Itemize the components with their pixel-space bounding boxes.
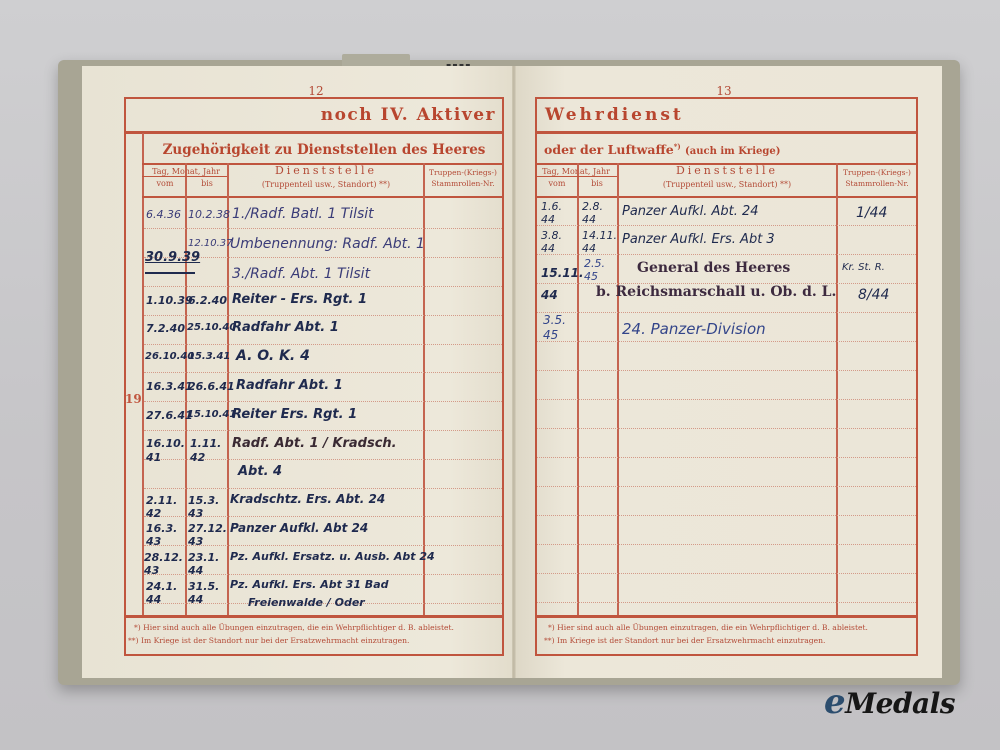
entry-unit: Radfahr Abt. 1 [236, 378, 343, 393]
row-line [537, 515, 916, 516]
entry-to: 27.12. 43 [188, 522, 220, 548]
left-margin-line [142, 133, 144, 615]
footnote-1: *) Hier sind auch alle Übungen einzutrag… [548, 622, 868, 634]
entry-unit: Panzer Aufkl. Ers. Abt 3 [622, 232, 775, 247]
entry-from: 30.9.39 [145, 250, 200, 265]
date-sub-line [142, 176, 227, 177]
from-header: vom [537, 178, 577, 189]
row-line [144, 401, 502, 402]
emedals-watermark: eMedals [824, 682, 955, 722]
entry-to: 15.3.41 [188, 351, 230, 362]
right-page-title: Wehrdienst [545, 105, 684, 125]
entry-from: 16.3. 43 [146, 522, 176, 548]
margin-number: 19 [125, 392, 142, 406]
subtitle-extra: (auch im Kriege) [685, 146, 780, 157]
entry-unit: Radfahr Abt. 1 [232, 320, 339, 335]
entry-unit: Kradschtz. Ers. Abt. 24 [230, 492, 385, 506]
entry-roll: Kr. St. R. [842, 262, 885, 273]
book-gutter [512, 66, 516, 678]
entry-from: 6.4.36 [146, 208, 181, 221]
from-header: vom [144, 178, 186, 189]
entry-unit: 3./Radf. Abt. 1 Tilsit [232, 266, 370, 282]
page-number-left: 12 [296, 84, 336, 98]
entry-to: 25.10.40 [187, 322, 236, 333]
col-line [577, 163, 579, 615]
entry-unit: Pz. Aufkl. Ersatz. u. Ausb. Abt 24 [230, 550, 435, 563]
unit-header: Dienststelle [228, 165, 424, 176]
stamp-line-2: b. Reichsmarschall u. Ob. d. L. [596, 284, 836, 300]
row-line [537, 544, 916, 545]
entry-to: 15.3. 43 [188, 494, 218, 520]
right-section-subtitle: oder der Luftwaffe*) (auch im Kriege) [544, 142, 780, 157]
left-section-subtitle: Zugehörigkeit zu Dienststellen des Heere… [144, 142, 504, 158]
entry-unit: Panzer Aufkl. Abt. 24 [622, 204, 759, 219]
row-line [537, 428, 916, 429]
entry-unit: Umbenennung: Radf. Abt. 1 [230, 236, 425, 252]
header-bottom-line [142, 196, 504, 198]
entry-from: 16.3.41 [146, 380, 193, 393]
footnote-2: **) Im Kriege ist der Standort nur bei d… [544, 635, 825, 647]
entry-unit: Reiter Ers. Rgt. 1 [232, 407, 357, 422]
entry-from: 15.11. 44 [541, 262, 575, 306]
entry-to: 14.11. 44 [582, 229, 614, 255]
entry-unit: Pz. Aufkl. Ers. Abt 31 Bad [230, 578, 389, 591]
row-line [537, 602, 916, 603]
roll-header: Truppen-(Kriegs-) Stammrollen-Nr. [837, 167, 917, 189]
entry-from: 7.2.40 [146, 322, 185, 335]
entry-unit: 1./Radf. Batl. 1 Tilsit [232, 206, 374, 222]
row-line [537, 370, 916, 371]
date-sub-line [535, 176, 617, 177]
unit-header: Dienststelle [618, 165, 836, 176]
row-line [537, 312, 916, 313]
right-title-divider [535, 131, 918, 134]
unit-subheader: (Truppenteil usw., Standort) **) [228, 179, 424, 190]
col-line [836, 163, 838, 615]
entry-from: 1.6. 44 [541, 200, 571, 226]
entry-unit-line2: Freienwalde / Oder [248, 596, 365, 609]
row-line [537, 486, 916, 487]
to-header: bis [577, 178, 617, 189]
entry-to: 12.10.37 [188, 238, 233, 249]
entry-from: 27.6.41 [146, 409, 193, 422]
row-line [537, 341, 916, 342]
entry-unit: A. O. K. 4 [236, 348, 310, 364]
col-line [423, 163, 425, 615]
entry-unit: Panzer Aufkl. Abt 24 [230, 521, 368, 535]
subtitle-text: oder der Luftwaffe [544, 142, 674, 157]
entry-to: 26.6.41 [188, 380, 235, 393]
row-line [144, 344, 502, 345]
footnote-2: **) Im Kriege ist der Standort nur bei d… [128, 635, 409, 647]
left-title-divider [124, 131, 504, 134]
row-line [537, 457, 916, 458]
entry-from: 16.10. 41 [146, 437, 176, 465]
stamp-line-1: General des Heeres [637, 260, 790, 276]
entry-roll: 1/44 [856, 205, 887, 221]
row-line [144, 372, 502, 373]
logo-text: Medals [845, 687, 955, 720]
entry-from: 28.12. 43 [144, 551, 178, 577]
entry-to: 15.10.41 [187, 409, 236, 420]
entry-from: 2.11. 42 [146, 494, 176, 520]
entry-from: 3.5. 45 [543, 313, 573, 343]
footnote-1: *) Hier sind auch alle Übungen einzutrag… [134, 622, 454, 634]
entry-roll-2: 8/44 [858, 287, 889, 303]
page-number-right: 13 [704, 84, 744, 98]
row-line [537, 573, 916, 574]
entry-from: 1.10.39 [146, 294, 193, 307]
logo-e: e [824, 682, 845, 722]
entry-struck: ————— [145, 268, 195, 279]
entry-to: 1.11. 42 [190, 437, 220, 465]
entry-from: 26.10.40 [145, 351, 194, 362]
entry-to: 2.8. 44 [582, 200, 612, 226]
entry-from: 24.1. 44 [146, 580, 176, 606]
footnote-mark: *) [674, 142, 681, 151]
unit-subheader: (Truppenteil usw., Standort) **) [618, 179, 836, 190]
row-line [144, 228, 502, 229]
entry-to: 10.2.38 [188, 208, 230, 221]
entry-unit: Reiter - Ers. Rgt. 1 [232, 292, 367, 307]
entry-to: 31.5. 44 [188, 580, 218, 606]
entry-unit: Radf. Abt. 1 / Kradsch. [232, 436, 397, 451]
roll-header: Truppen-(Kriegs-) Stammrollen-Nr. [424, 167, 502, 189]
entry-to: 6.2.40 [188, 294, 227, 307]
cover-tab [342, 54, 410, 66]
col-line [617, 163, 619, 615]
row-line [144, 488, 502, 489]
row-line [144, 315, 502, 316]
footnote-divider [124, 615, 504, 618]
row-line [144, 286, 502, 287]
entry-to: 23.1. 44 [188, 551, 218, 577]
to-header: bis [186, 178, 228, 189]
left-page-title: noch IV. Aktiver [124, 105, 496, 125]
entry-unit: 24. Panzer-Division [622, 320, 766, 338]
row-line [144, 430, 502, 431]
entry-to: 2.5. 45 [584, 257, 614, 283]
footnote-divider [535, 615, 918, 618]
row-line [537, 399, 916, 400]
entry-from: 3.8. 44 [541, 229, 571, 255]
header-bottom-line [535, 196, 918, 198]
entry-unit-line2: Abt. 4 [238, 464, 282, 479]
